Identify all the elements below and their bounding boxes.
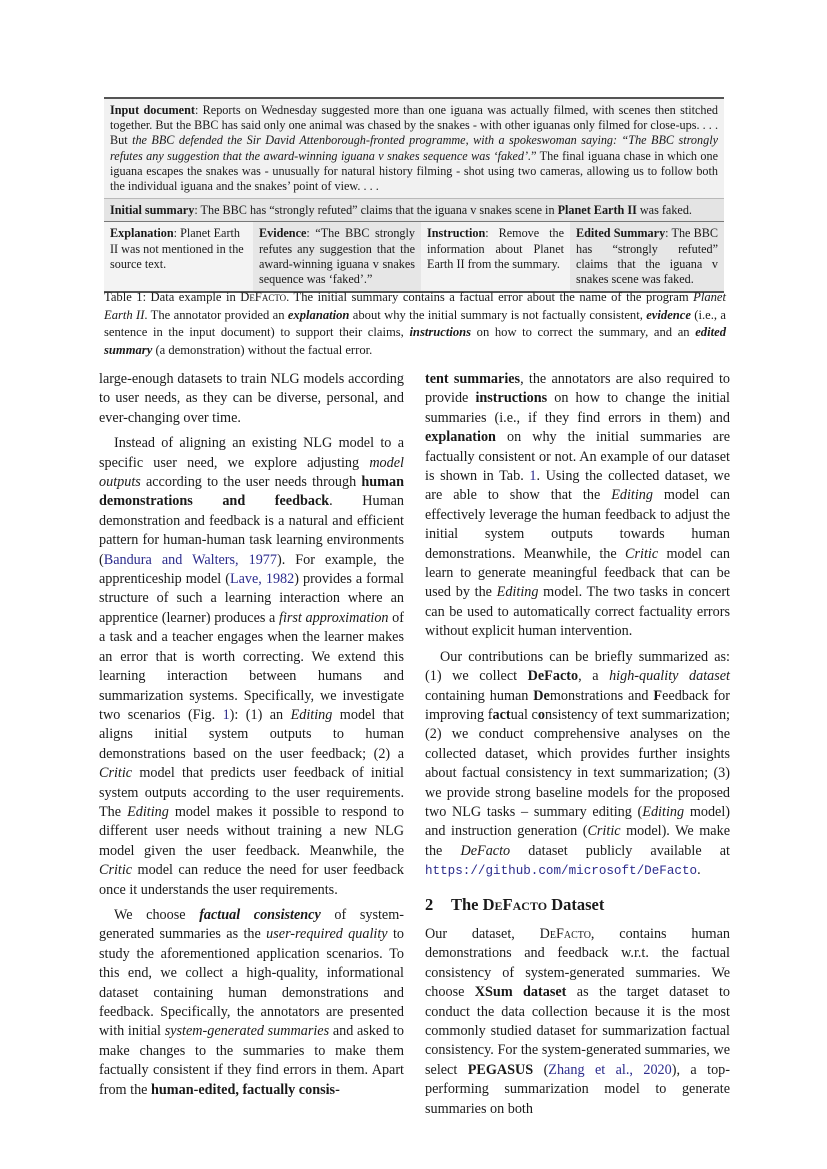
- paragraph: Our dataset, DeFacto, contains human dem…: [425, 925, 730, 1119]
- table-input-document: Input document: Reports on Wednesday sug…: [104, 99, 724, 199]
- citation-link[interactable]: Lave, 1982: [230, 571, 294, 587]
- table-annotation-row: Explanation: Planet Earth II was not men…: [104, 222, 724, 291]
- paragraph: tent summaries, the annotators are also …: [425, 370, 730, 642]
- right-column: tent summaries, the annotators are also …: [425, 370, 730, 1119]
- paragraph: We choose factual consistency of system-…: [99, 906, 404, 1100]
- table-cell-instruction: Instruction: Remove the information abou…: [421, 222, 570, 291]
- paragraph: Our contributions can be briefly summari…: [425, 648, 730, 882]
- table-cell-evidence: Evidence: “The BBC strongly refutes any …: [253, 222, 421, 291]
- figure-ref-link[interactable]: 1: [223, 707, 230, 723]
- dataset-name: DeFacto: [240, 290, 286, 304]
- paragraph: Instead of aligning an existing NLG mode…: [99, 434, 404, 900]
- table-cell-explanation: Explanation: Planet Earth II was not men…: [104, 222, 253, 291]
- table-caption: Table 1: Data example in DeFacto. The in…: [104, 289, 726, 359]
- github-url-link[interactable]: https://github.com/microsoft/DeFacto: [425, 864, 697, 878]
- citation-link[interactable]: Bandura and Walters, 1977: [104, 552, 277, 568]
- citation-link[interactable]: Zhang et al., 2020: [548, 1062, 671, 1078]
- section-number: 2: [425, 895, 451, 914]
- paragraph: large-enough datasets to train NLG model…: [99, 370, 404, 428]
- input-document-label: Input document: [110, 103, 195, 117]
- left-column: large-enough datasets to train NLG model…: [99, 370, 404, 1100]
- initial-summary-label: Initial summary: [110, 203, 194, 217]
- section-heading: 2The DeFacto Dataset: [425, 895, 730, 914]
- table-1: Input document: Reports on Wednesday sug…: [104, 97, 724, 293]
- error-span: Planet Earth II: [558, 203, 637, 217]
- table-initial-summary: Initial summary: The BBC has “strongly r…: [104, 199, 724, 222]
- table-cell-edited-summary: Edited Summary: The BBC has “strongly re…: [570, 222, 724, 291]
- paper-page: Input document: Reports on Wednesday sug…: [0, 0, 827, 1169]
